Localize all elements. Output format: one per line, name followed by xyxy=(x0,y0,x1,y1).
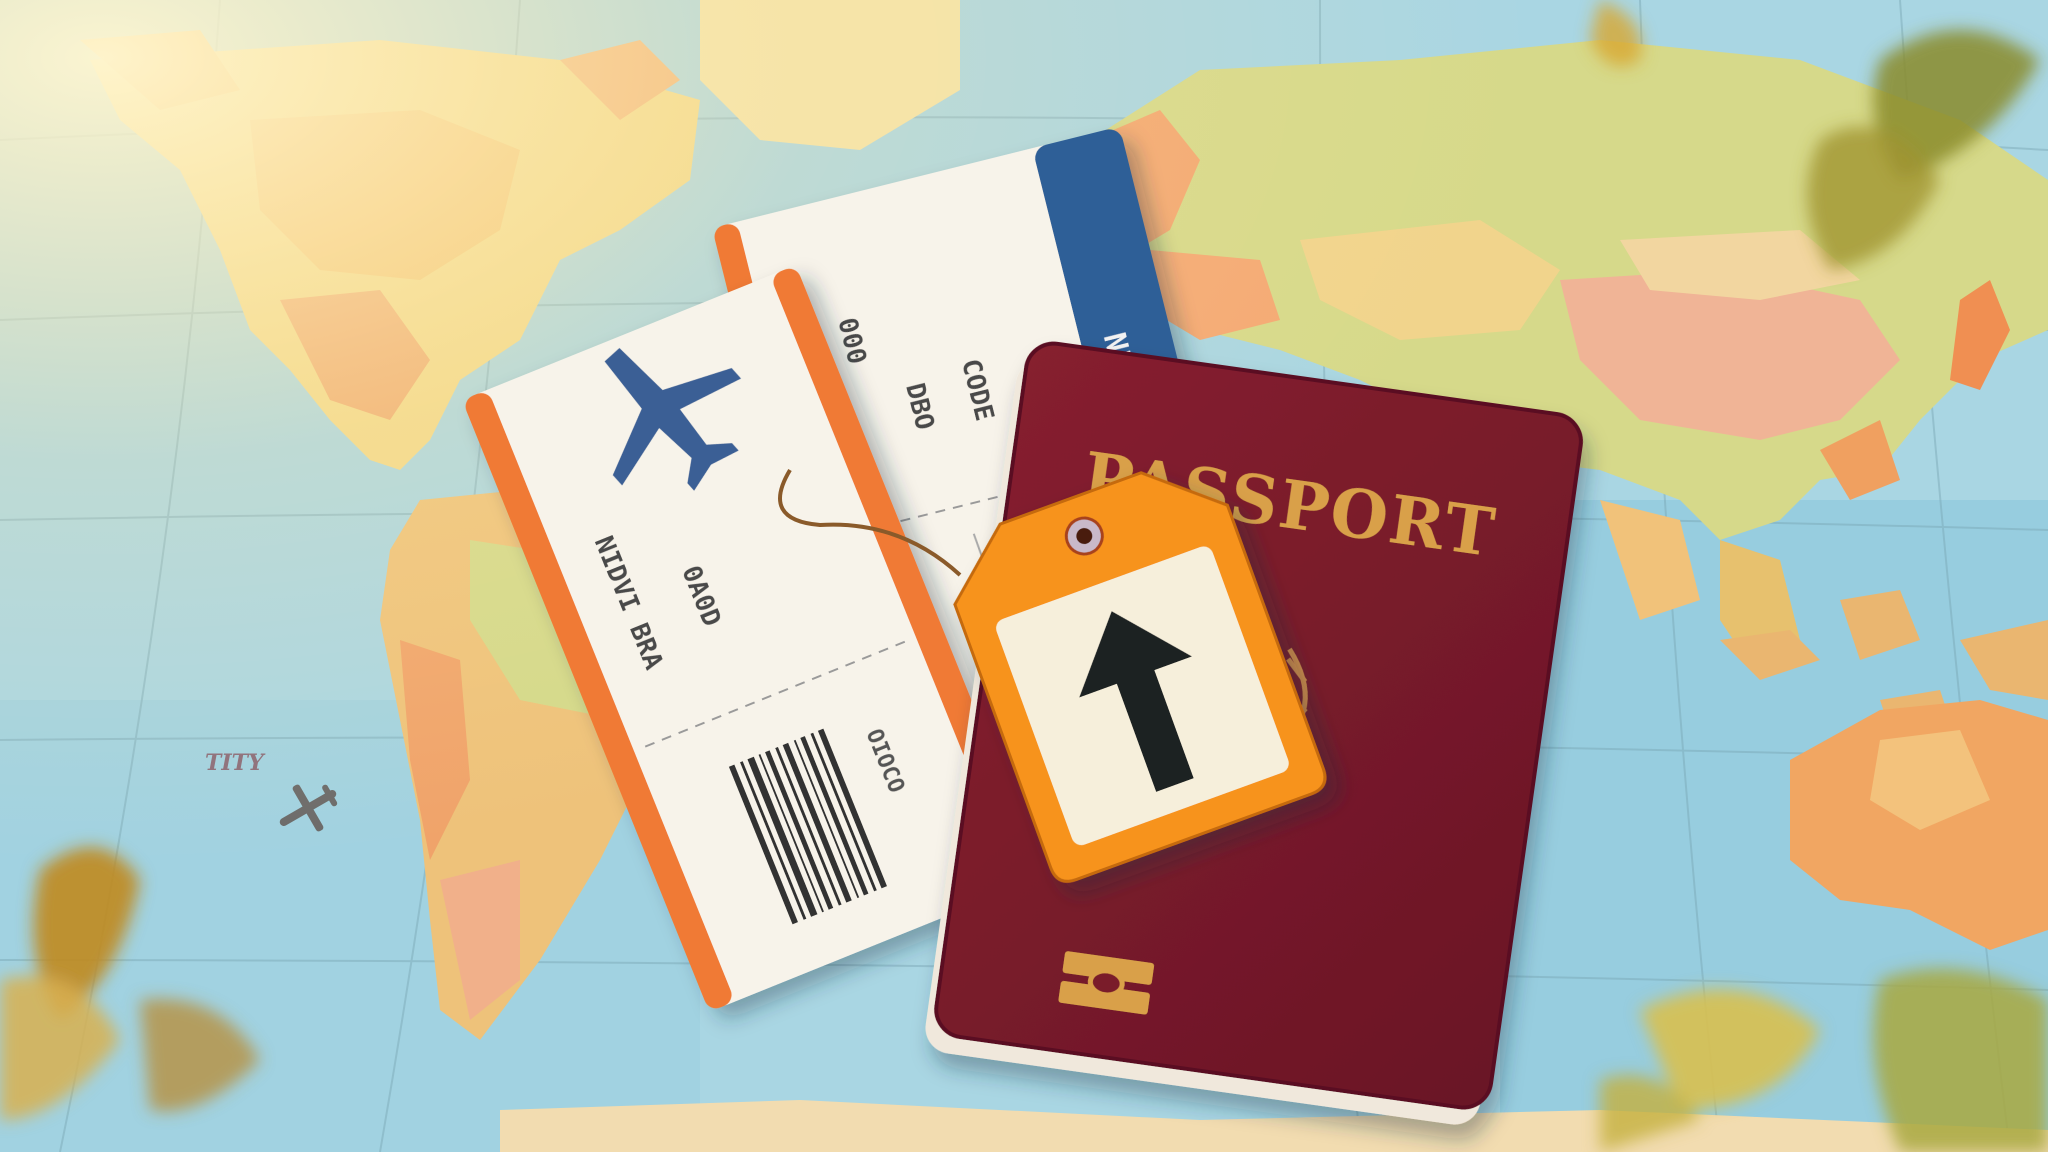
travel-scene: TITY BO IH NOIN 000 DBO CODE ODE xyxy=(0,0,2048,1152)
scene-canvas: TITY BO IH NOIN 000 DBO CODE ODE xyxy=(0,0,2048,1152)
